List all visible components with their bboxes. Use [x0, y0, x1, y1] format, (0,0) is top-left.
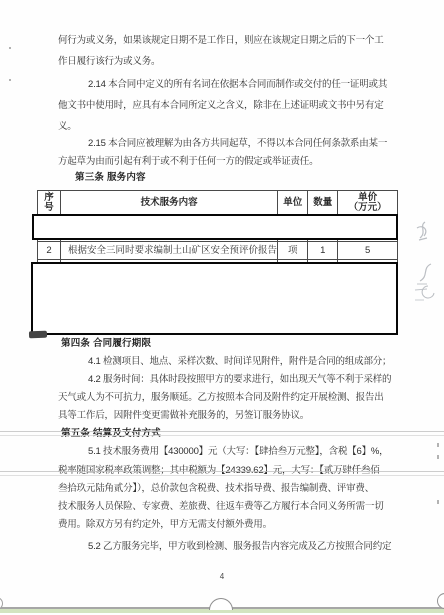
- header-cell-content: 技术服务内容: [61, 191, 278, 215]
- cell-row-content: 根据安全三同时要求编制土山矿区安全预评价报告: [61, 242, 278, 259]
- handwriting-artifact: [401, 218, 443, 318]
- section-5-heading: 第五条 结算及支付方式: [61, 428, 161, 440]
- body-line: 具等工作后，因附件变更需做补充服务的，另签订服务协议。: [58, 410, 309, 422]
- body-line: 税率随国家税率政策调整；其中税额为【24339.62】元，大写：【贰万肆仟叁佰: [58, 465, 380, 477]
- section-3-heading: 第三条 服务内容: [75, 172, 146, 184]
- body-line-clause-2-14: 2.14 本合同中定义的所有名词在依据本合同而制作或交付的任一证明或其: [88, 79, 387, 91]
- header-cell-price: 单价 （万元）: [338, 191, 397, 215]
- cell-row-qty: 1: [308, 242, 338, 259]
- cell-row-price: 5: [338, 242, 397, 259]
- body-line-clause-4-1: 4.1 检测项目、地点、采样次数、时间详见附件，附件是合同的组成部分；: [88, 356, 391, 368]
- body-line: 方起草为由而引起有利于或不利于任何一方的假定或举证责任。: [58, 156, 318, 168]
- table-header-row: 序 号 技术服务内容 单位 数量 单价 （万元）: [38, 191, 397, 215]
- body-line: 他文书中使用时，应具有本合同所定义之含义，除非在上述证明或文书中另有定: [58, 100, 384, 112]
- edge-mark-artifact: [437, 455, 439, 459]
- body-line: 作日履行该行为或义务。: [58, 56, 160, 68]
- body-line: 义。: [58, 121, 77, 133]
- edge-mark-artifact: [437, 443, 439, 447]
- edge-mark-artifact: [437, 500, 439, 504]
- margin-dot-artifact: [9, 79, 11, 81]
- body-line-clause-2-15: 2.15 本合同应被理解为由各方共同起草，不得以本合同任何条款系由某一: [88, 138, 387, 150]
- binder-notch: [209, 598, 233, 610]
- cell-row-unit: 项: [278, 242, 308, 259]
- header-cell-unit: 单位: [278, 191, 308, 215]
- redaction-box-row-3: [31, 262, 398, 335]
- page-number: 4: [214, 572, 230, 581]
- header-cell-qty: 数量: [308, 191, 338, 215]
- section-4-heading: 第四条 合同履行期限: [61, 338, 151, 350]
- body-line-clause-5-1: 5.1 技术服务费用【430000】元（大写：【肆拾叁万元整】，含税【6】%，: [88, 446, 388, 458]
- scanned-contract-page: 何行为或义务，如果该规定日期不是工作日，则应在该规定日期之后的下一个工 作日履行…: [0, 0, 444, 615]
- ink-smudge-artifact: [29, 331, 47, 339]
- body-line: 技术服务人员保险、专家费、差旅费、往返车费等乙方履行本合同义务所需一切: [58, 501, 384, 513]
- margin-dot-artifact: [9, 47, 11, 49]
- redaction-box-row-1: [32, 214, 398, 240]
- cell-row-no: 2: [38, 242, 61, 259]
- body-line: 何行为或义务，如果该规定日期不是工作日，则应在该规定日期之后的下一个工: [58, 35, 384, 47]
- body-line: 天气或人为不可抗力，服务顺延。乙方按照本合同及附件约定开展检测、报告出: [58, 392, 384, 404]
- body-line-clause-5-2: 5.2 乙方服务完毕，甲方收到检测、服务报告内容完成及乙方按照合同约定: [88, 541, 391, 553]
- body-line-clause-4-2: 4.2 服务时间：具体时段按照甲方的要求进行，如出现天气等不利于采样的: [88, 374, 391, 386]
- body-line: 叁拾玖元陆角贰分】），总价款包含税费、技术指导费、报告编制费、评审费、: [58, 483, 374, 495]
- body-line: 费用。除双方另有约定外，甲方无需支付额外费用。: [58, 519, 272, 531]
- table-row-2: 2 根据安全三同时要求编制土山矿区安全预评价报告 项 1 5: [38, 241, 397, 259]
- header-cell-no: 序 号: [38, 191, 61, 215]
